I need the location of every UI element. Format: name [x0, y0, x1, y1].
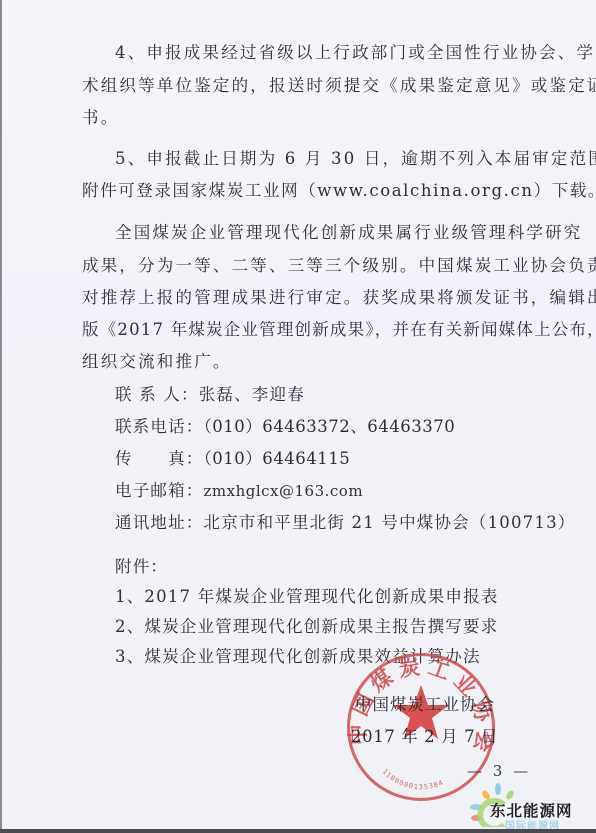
item4-line2: 术组织等单位鉴定的，报送时须提交《成果鉴定意见》或鉴定证: [82, 76, 596, 96]
attachments-heading: 附件：: [115, 557, 168, 577]
contact-email: 电子邮箱：zmxhglcx@163.com: [115, 481, 363, 501]
summary-line3: 对推荐上报的管理成果进行审定。获奖成果将颁发证书，编辑出: [82, 288, 596, 308]
contact-email-value: zmxhglcx@163.com: [204, 482, 364, 500]
contact-address-value: 北京市和平里北街 21 号中煤协会（100713）: [204, 513, 576, 532]
contact-person: 联 系 人：张磊、李迎春: [115, 385, 305, 405]
signature-organization: 中国煤炭工业协会: [355, 695, 495, 715]
page-number: — 3 —: [467, 762, 531, 780]
contact-address-label: 通讯地址：: [115, 513, 204, 532]
summary-line1: 全国煤炭企业管理现代化创新成果属行业级管理科学研究: [115, 223, 583, 243]
contact-fax-label: 传 真：: [115, 449, 204, 468]
contact-phone-value: （010）64463372、64463370: [204, 417, 456, 436]
item4-line3: 书。: [82, 108, 119, 128]
item5-line1: 5、申报截止日期为 6 月 30 日，逾期不列入本届审定范围。: [115, 149, 596, 169]
attachment-item-2: 2、煤炭企业管理现代化创新成果主报告撰写要求: [115, 617, 498, 637]
summary-line2: 成果，分为一等、二等、三等三个级别。中国煤炭工业协会负责: [82, 256, 596, 276]
contact-fax-value: （010）64464115: [204, 449, 351, 468]
item4-line1: 4、申报成果经过省级以上行政部门或全国性行业协会、学: [115, 43, 595, 63]
summary-line4: 版《2017 年煤炭企业管理创新成果》，并在有关新闻媒体上公布，: [82, 320, 596, 340]
contact-fax: 传 真：（010）64464115: [115, 449, 350, 469]
document-page: 4、申报成果经过省级以上行政部门或全国性行业协会、学 术组织等单位鉴定的，报送时…: [0, 0, 596, 829]
contact-person-label: 联 系 人：: [115, 385, 199, 404]
scan-bottom-edge: [0, 829, 596, 833]
signature-date: 2017 年 2 月 7 日: [351, 727, 498, 747]
contact-email-label: 电子邮箱：: [115, 481, 204, 500]
svg-text:1100000135304: 1100000135304: [381, 768, 446, 792]
contact-phone-label: 联系电话：: [115, 417, 204, 436]
contact-address: 通讯地址：北京市和平里北街 21 号中煤协会（100713）: [115, 513, 575, 533]
contact-person-value: 张磊、李迎春: [199, 385, 305, 404]
attachment-item-1: 1、2017 年煤炭企业管理现代化创新成果申报表: [115, 587, 499, 607]
item5-line2: 附件可登录国家煤炭工业网（www.coalchina.org.cn）下载。: [82, 181, 596, 201]
contact-phone: 联系电话：（010）64463372、64463370: [115, 417, 455, 437]
summary-line5: 组织交流和推广。: [82, 352, 232, 372]
